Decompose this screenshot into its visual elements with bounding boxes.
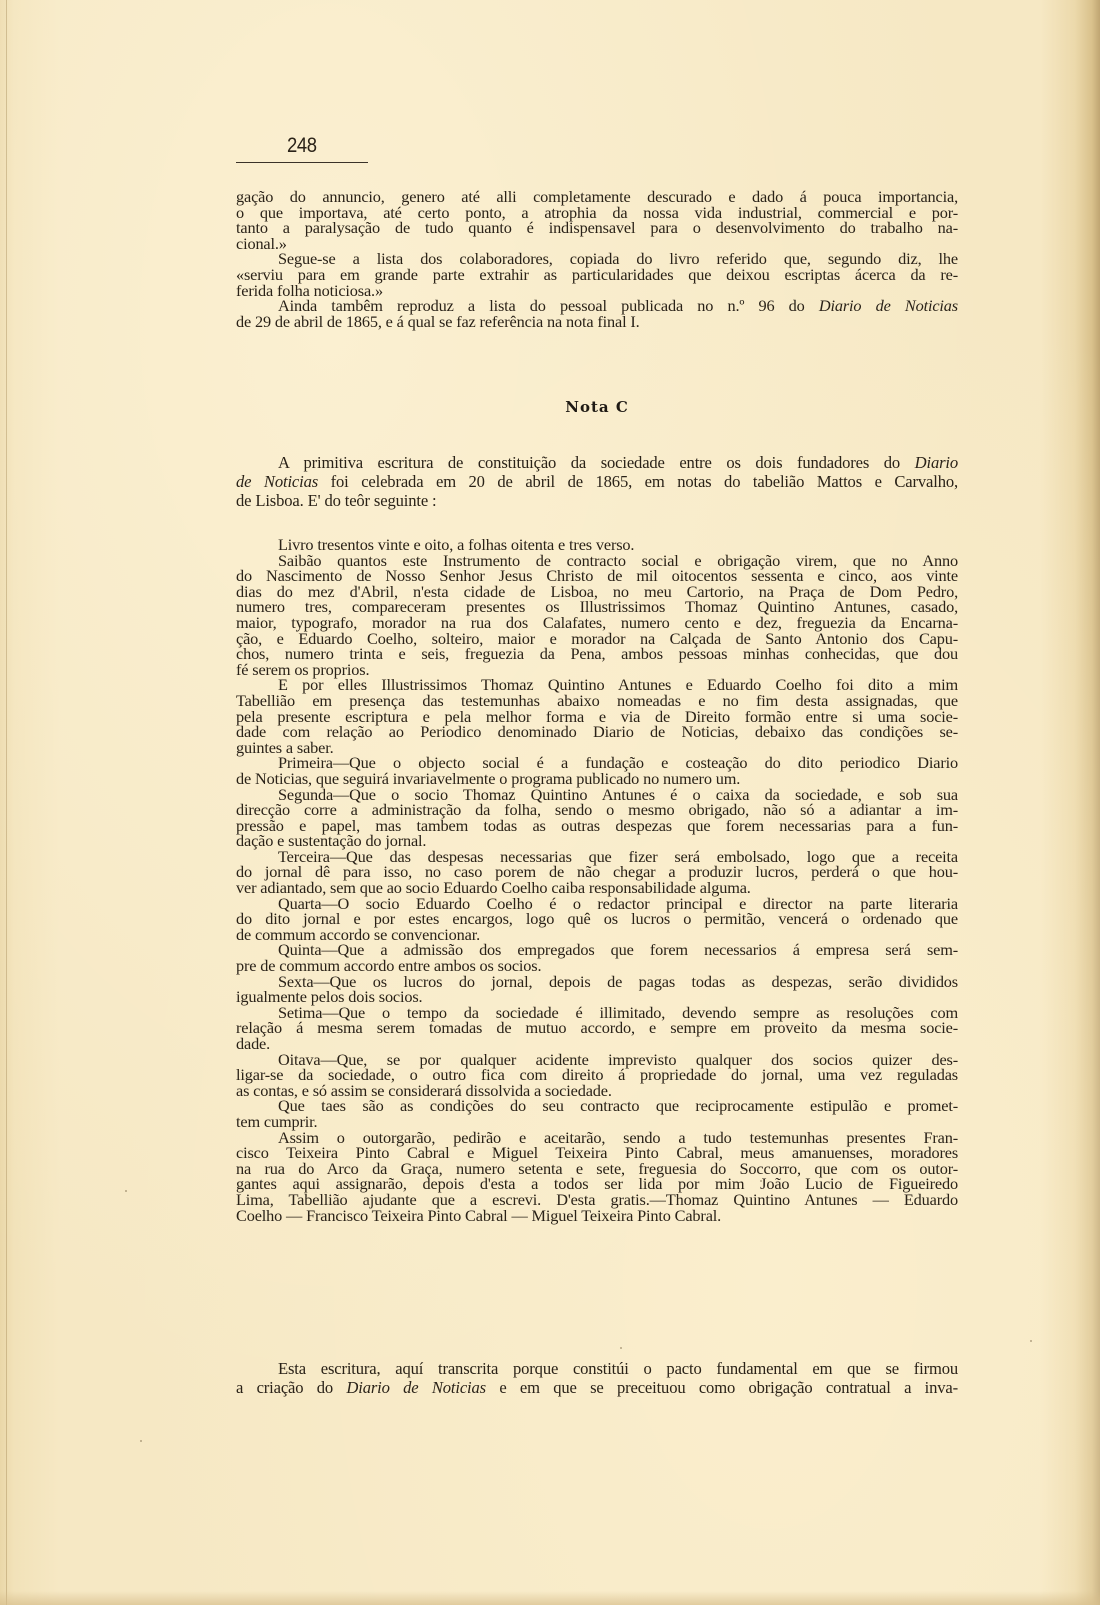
paper-speck (620, 1347, 622, 1349)
text-line: dade com relação ao Periodico denominado… (236, 724, 958, 740)
text-line: de Lisboa. E' do teôr seguinte : (236, 491, 958, 510)
closing-text: Esta escritura, aquí transcrita porque c… (236, 1359, 958, 1397)
text-span: e em que se preceituou como obrigação co… (499, 1378, 958, 1397)
section-intro-text: A primitiva escritura de constituição da… (236, 453, 958, 510)
paper-speck (140, 1440, 142, 1442)
text-span: A primitiva escritura de constituição da… (278, 453, 900, 472)
text-line: A primitiva escritura de constituição da… (236, 453, 958, 472)
text-line: de Noticias foi celebrada em 20 de abril… (236, 472, 958, 491)
paper-speck (1030, 1340, 1032, 1342)
document-page: 248 gação do annuncio, genero até alli c… (0, 0, 1100, 1605)
newspaper-title: de Noticias (236, 472, 318, 491)
newspaper-title: Diario de Noticias (819, 296, 958, 315)
text-line: a criação do Diario de Noticias e em que… (236, 1378, 958, 1397)
page-number: 248 (287, 134, 317, 158)
text-span: a criação do (236, 1378, 333, 1397)
text-line: tanto a paralysação de tudo quanto é ind… (236, 220, 958, 236)
text-line: de 29 de abril de 1865, e á qual se faz … (236, 314, 958, 330)
newspaper-title: Diario (915, 453, 958, 472)
signatures-line: Coelho — Francisco Teixeira Pinto Cabral… (236, 1208, 958, 1224)
paper-speck (125, 1190, 127, 1192)
intro-text: gação do annuncio, genero até alli compl… (236, 189, 958, 329)
section-heading: Nota C (236, 398, 958, 416)
text-span: foi celebrada em 20 de abril de 1865, em… (331, 472, 958, 491)
paper-speck (760, 1180, 762, 1182)
text-line: relação á mesma serem tomadas de mutuo a… (236, 1020, 958, 1036)
newspaper-title: Diario de Noticias (346, 1378, 486, 1397)
text-line: Esta escritura, aquí transcrita porque c… (236, 1359, 958, 1378)
deed-text: Livro tresentos vinte e oito, a folhas o… (236, 537, 958, 1223)
page-number-rule: 248 (236, 134, 368, 163)
text-line: Que taes são as condições do seu contrac… (236, 1098, 958, 1114)
